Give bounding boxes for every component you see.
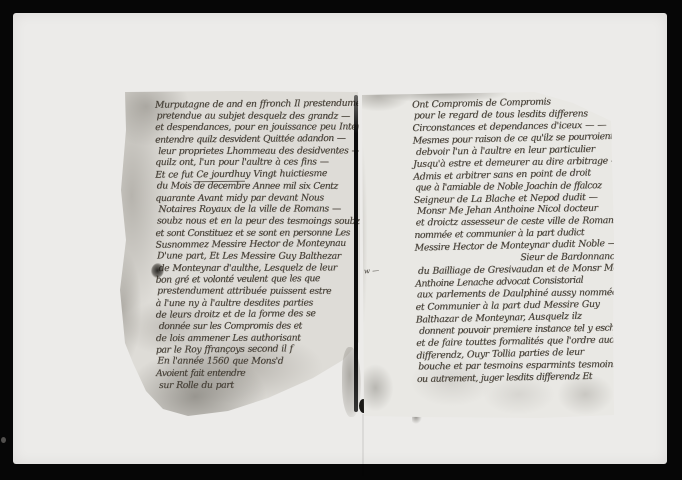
manuscript-line: quarante Avant midy par devant Nous bbox=[155, 192, 361, 204]
manuscript-line: Avoient fait entendre bbox=[156, 367, 361, 379]
manuscript-line: leur proprietes Lhommeau des desidventes… bbox=[158, 145, 361, 157]
manuscript-line: bouche et par tesmoins esparmints tesmoi… bbox=[418, 359, 616, 373]
right-page-text-block: Ont Compromis de Compromis pour le regar… bbox=[412, 96, 616, 386]
manuscript-line: soubz nous et en la peur des tesmoings s… bbox=[157, 215, 361, 227]
manuscript-line: Et ce fut Ce jourdhuy Vingt huictiesme bbox=[155, 168, 361, 182]
manuscript-line: du Mois de decembre Annee mil six Centz bbox=[157, 180, 361, 192]
manuscript-line: prestendument attribuée puissent estre bbox=[157, 285, 361, 297]
page-fold-shadow bbox=[354, 95, 358, 412]
manuscript-line: que à l'amiable de Noble Joachin de ffal… bbox=[415, 180, 615, 194]
manuscript-line: pretendue au subjet desquelz des grandz … bbox=[157, 110, 361, 122]
manuscript-line: pour le regard de tous lesdits differens bbox=[414, 108, 614, 122]
margin-annotation: w — bbox=[364, 266, 380, 275]
document-scan: Murputagne de and en ffronch Il prestend… bbox=[0, 0, 682, 480]
manuscript-line: Notaires Royaux de la ville de Romans — bbox=[158, 203, 361, 215]
manuscript-line: donnée sur les Compromis des et bbox=[159, 320, 361, 332]
right-manuscript-page: w — Ont Compromis de Compromis pour le r… bbox=[360, 89, 616, 421]
manuscript-line: Murputagne de and en ffronch Il prestend… bbox=[155, 98, 361, 112]
left-manuscript-page: Murputagne de and en ffronch Il prestend… bbox=[117, 90, 361, 420]
crease-line bbox=[362, 414, 364, 476]
left-page-text-block: Murputagne de and en ffronch Il prestend… bbox=[155, 98, 361, 391]
scan-background-mat: Murputagne de and en ffronch Il prestend… bbox=[13, 13, 667, 464]
manuscript-line: D'une part, Et Les Messire Guy Balthezar bbox=[157, 250, 361, 262]
manuscript-line: En l'année 1560 que Mons'd bbox=[157, 356, 361, 368]
manuscript-line: aux parlements de Daulphiné aussy nommée bbox=[417, 287, 616, 301]
manuscript-line: sur Rolle du part bbox=[159, 379, 361, 391]
paper-speck bbox=[1, 437, 6, 443]
